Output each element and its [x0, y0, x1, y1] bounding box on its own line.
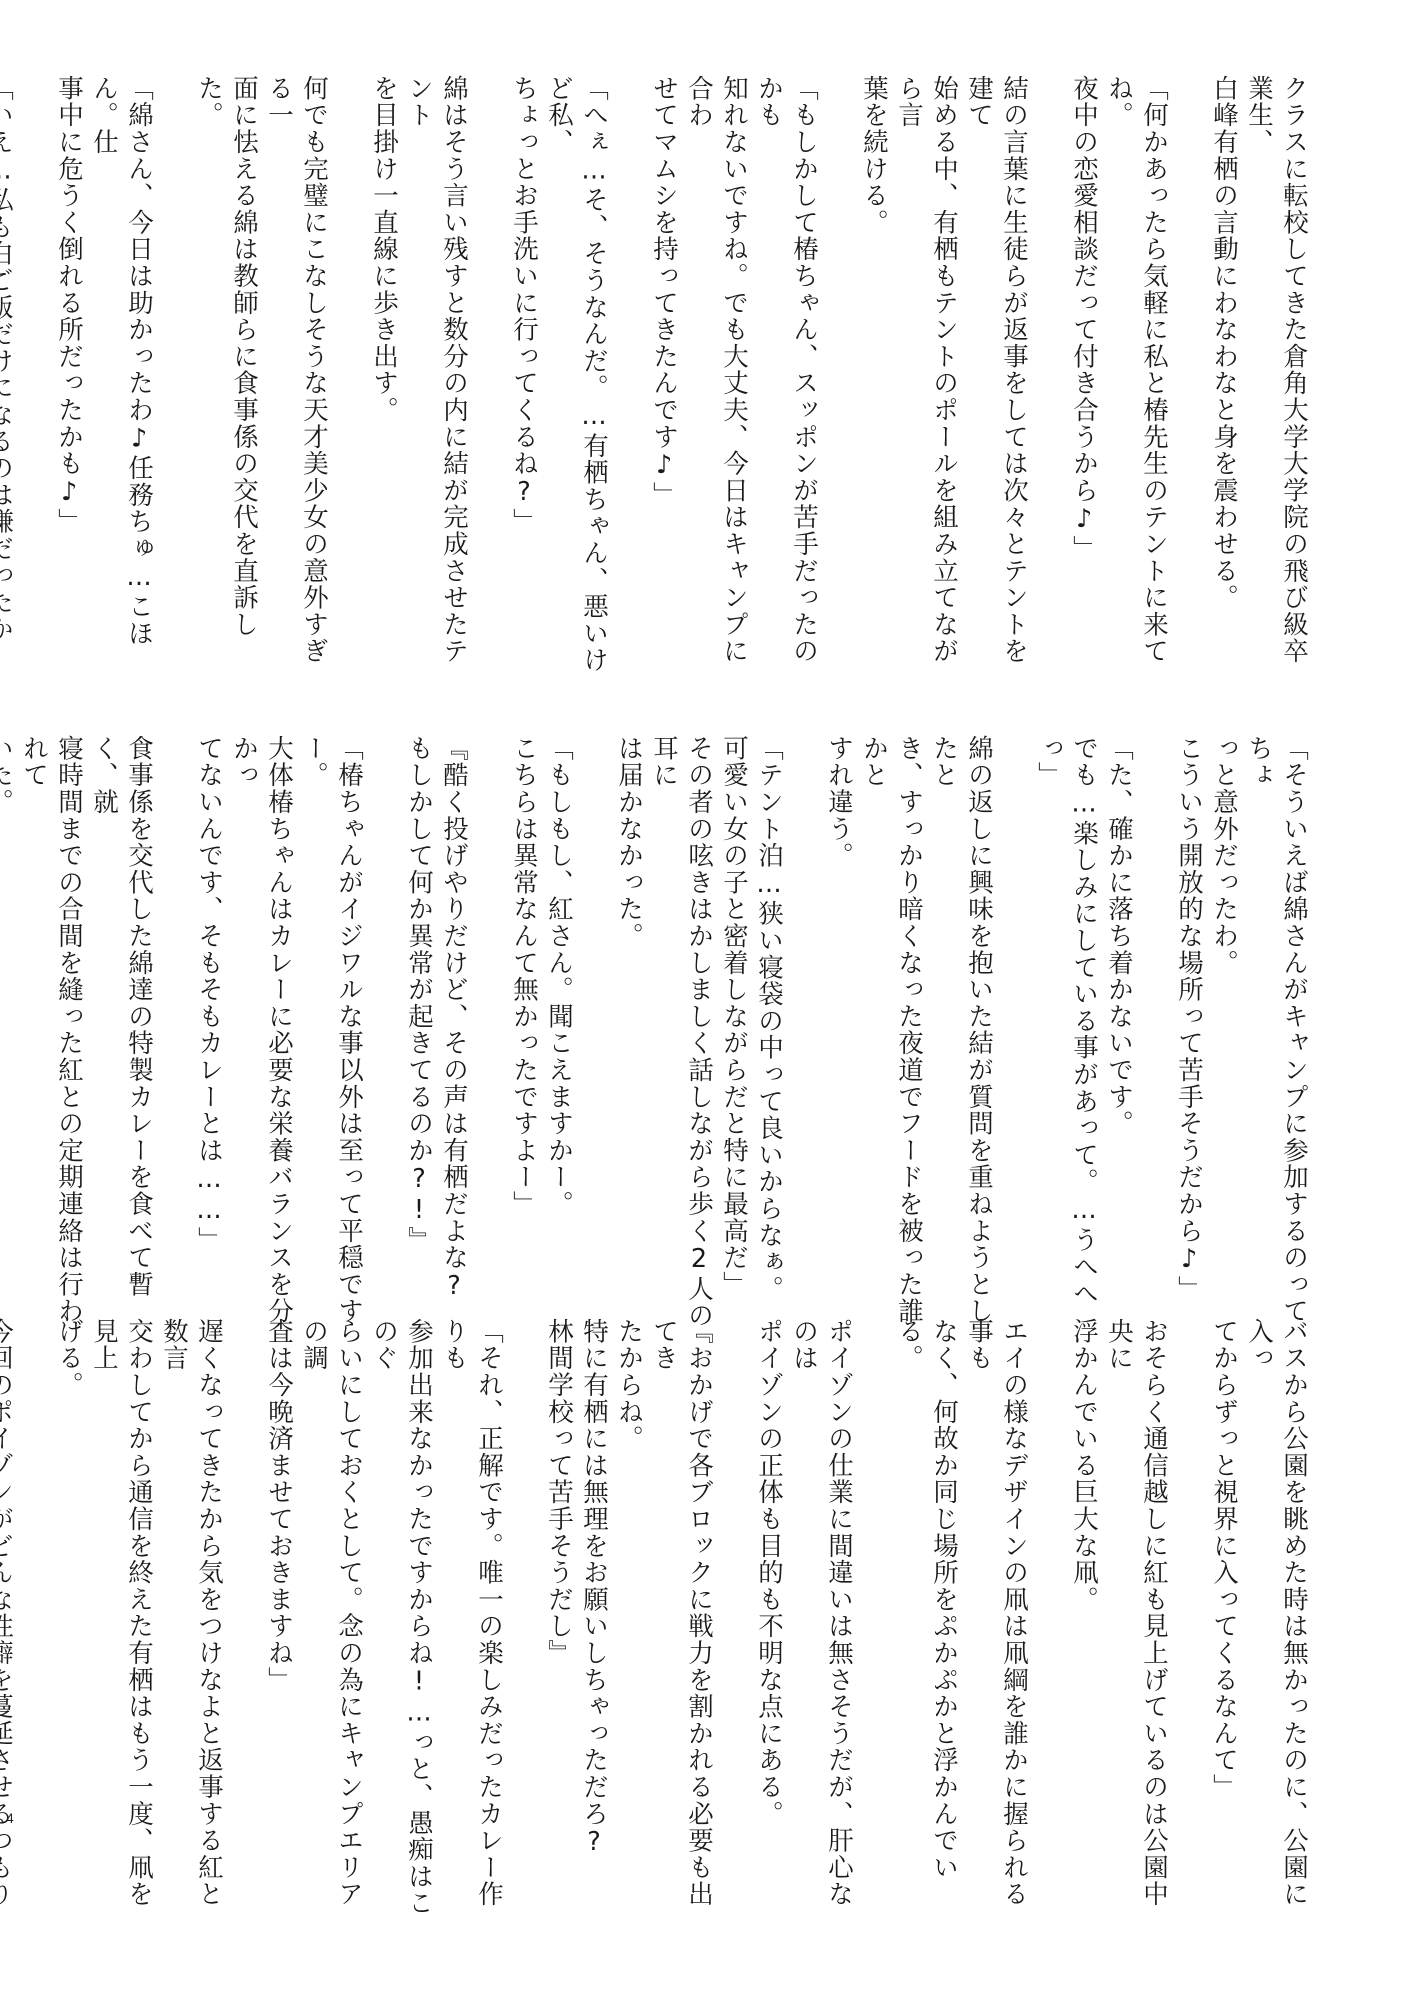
text-tier-middle: 「そういえば綿さんがキャンプに参加するのってちょ っと意外だったわ。 こういう開… [81, 735, 1311, 1330]
dialogue-paragraph: 「へぇ…そ、そうなんだ。…有栖ちゃん、悪いけど私、 ちょっとお手洗いに行ってくる… [506, 75, 611, 675]
paragraph: おそらく通信越しに紅も見上げているのは公園中央に 浮かんでいる巨大な凧。 [1066, 1318, 1171, 1918]
text-tier-top: クラスに転校してきた倉角大学大学院の飛び級卒業生、 白峰有栖の言動にわなわなと身… [81, 75, 1311, 675]
paragraph: クラスに転校してきた倉角大学大学院の飛び級卒業生、 白峰有栖の言動にわなわなと身… [1206, 75, 1311, 675]
paragraph: 今回のポイゾンがどんな性癖を蔓延させるつもりなの かと推察を重ねながら。 [0, 1318, 16, 1918]
paragraph: 何でも完璧にこなしそうな天才美少女の意外すぎる一 面に怯える綿は教師らに食事係の… [191, 75, 331, 675]
paragraph: ポイゾンの仕業に間違いは無さそうだが、肝心なのは ポイゾンの正体も目的も不明な点… [751, 1318, 856, 1918]
paragraph: 綿の返しに興味を抱いた結が質問を重ねようとしたと き、すっかり暗くなった夜道でフ… [821, 735, 996, 1330]
page-number: 4 [6, 1810, 14, 1826]
dialogue-paragraph: 「もしもし、紅さん。聞こえますかー。 こちらは異常なんて無かったですよー」 [506, 735, 576, 1330]
paragraph: 食事係を交代した綿達の特製カレーを食べて暫く、就 寝時間までの合間を縫った紅との… [0, 735, 156, 1330]
dialogue-paragraph: 「テント泊…狭い寝袋の中って良いからなぁ。 可愛い女の子と密着しながらだと特に最… [611, 735, 786, 1330]
dialogue-paragraph: 「た、確かに落ち着かないです。 でも…楽しみにしている事があって。…うへへっ」 [1031, 735, 1136, 1330]
dialogue-paragraph: 「それ、正解です。唯一の楽しみだったカレー作りも 参加出来なかったですからね!…… [261, 1318, 506, 1918]
dialogue-paragraph: 「椿ちゃんがイジワルな事以外は至って平穏ですー。 大体椿ちゃんはカレーに必要な栄… [191, 735, 366, 1330]
text-tier-bottom: バスから公園を眺めた時は無かったのに、公園に入っ てからずっと視界に入ってくるな… [81, 1318, 1311, 1918]
radio-dialogue-paragraph: 『おかげで各ブロックに戦力を割かれる必要も出てき たからね。 特に有栖には無理を… [541, 1318, 716, 1918]
dialogue-paragraph: バスから公園を眺めた時は無かったのに、公園に入っ てからずっと視界に入ってくるな… [1206, 1318, 1311, 1918]
dialogue-paragraph: 「そういえば綿さんがキャンプに参加するのってちょ っと意外だったわ。 こういう開… [1171, 735, 1311, 1330]
dialogue-paragraph: 「何かあったら気軽に私と椿先生のテントに来てね。 夜中の恋愛相談だって付き合うか… [1066, 75, 1171, 675]
paragraph: エイの様なデザインの凧は凧綱を誰かに握られる事も なく、何故か同じ場所をぷかぷか… [891, 1318, 1031, 1918]
paragraph: 遅くなってきたから気をつけなよと返事する紅と数言 交わしてから通信を終えた有栖は… [51, 1318, 226, 1918]
paragraph: 結の言葉に生徒らが返事をしては次々とテントを建て 始める中、有栖もテントのポール… [856, 75, 1031, 675]
dialogue-paragraph: 「綿さん、今日は助かったわ♪任務ちゅ…こほん。仕 事中に危うく倒れる所だったかも… [51, 75, 156, 675]
dialogue-paragraph: 「いえ…私も白ご飯だけになるのは嫌だったから…。 でも有栖ちゃん、椿先生に怒られ… [0, 75, 16, 675]
paragraph: 綿はそう言い残すと数分の内に結が完成させたテント を目掛け一直線に歩き出す。 [366, 75, 471, 675]
radio-dialogue-paragraph: 『酷く投げやりだけど、その声は有栖だよな? もしかして何か異常が起きてるのか?!… [401, 735, 471, 1330]
dialogue-paragraph: 「もしかして椿ちゃん、スッポンが苦手だったのかも 知れないですね。でも大丈夫、今… [646, 75, 821, 675]
